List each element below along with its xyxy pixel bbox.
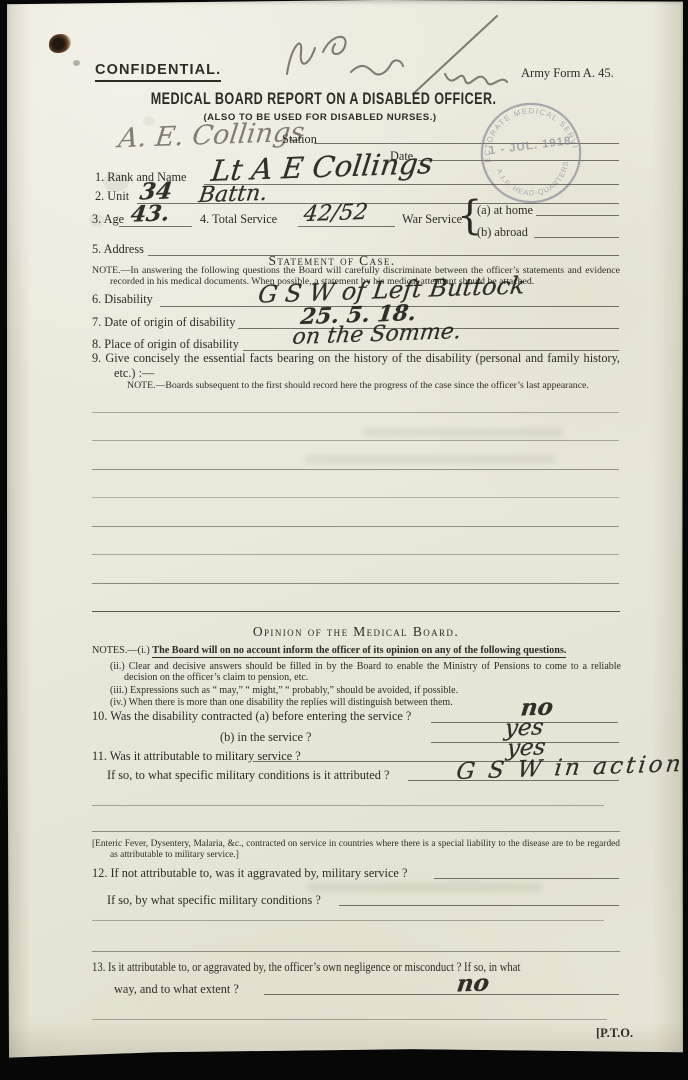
ruled-line [92,440,619,441]
place-of-origin-label: 8. Place of origin of disability [92,337,239,351]
ruled-line [92,497,619,498]
war-abroad-label: (b) abroad [477,225,528,239]
q12-sub-answer-line [339,905,619,906]
bleedthrough-smudge [305,455,555,464]
ruled-line [92,1019,607,1020]
opinion-note-iii: (iii.) Expressions such as “ may,” “ mig… [110,686,458,697]
form-title-text: MEDICAL BOARD REPORT ON A DISABLED OFFIC… [151,89,497,109]
unit-label: 2. Unit [95,189,129,203]
history-question: 9. Give concisely the essential facts be… [92,351,620,381]
total-service-label: 4. Total Service [200,212,277,226]
opinion-note-ii: (ii.) Clear and decisive answers should … [110,662,621,684]
ruled-line [92,469,619,470]
q13-label-line2: way, and to what extent ? [114,982,239,996]
date-stamp: DIRECTORATE MEDICAL SERVICES 1 - JUL. 19… [469,94,593,213]
age-value: 43. [129,200,171,227]
confidential-heading: CONFIDENTIAL. [95,62,221,82]
scanned-document: CONFIDENTIAL. Army Form A. 45. MEDICAL B… [0,0,688,1080]
q11-sub-answer: G S W in action [455,751,685,785]
age-label: 3. Age [92,212,124,226]
form-number: Army Form A. 45. [521,66,614,80]
q13-answer-line [264,994,619,995]
war-at-home-line [536,215,619,216]
q13-label-line1: 13. Is it attributable to, or aggravated… [92,960,521,974]
war-service-label: War Service [402,212,462,226]
q12-sub-label: If so, by what specific military conditi… [107,893,321,907]
ruled-line [92,611,620,612]
opinion-heading: Opinion of the Medical Board. [92,624,620,640]
ruled-line [92,554,619,555]
q10b-label: (b) in the service ? [220,730,312,744]
stamp-date: 1 - JUL. 1918 [488,135,572,157]
opinion-note-i-text: The Board will on no account inform the … [152,645,566,658]
ink-spot [73,60,80,66]
disability-label: 6. Disability [92,292,153,306]
ruled-line [92,951,620,952]
q12-answer-line [434,878,619,879]
q10-label: 10. Was the disability contracted (a) be… [92,709,411,723]
enteric-bracket-note: [Enteric Fever, Dysentery, Malaria, &c.,… [92,839,620,861]
bleedthrough-smudge [363,428,563,437]
ruled-line [92,805,604,806]
paper-sheet: CONFIDENTIAL. Army Form A. 45. MEDICAL B… [7,0,683,1064]
unit-word-value: Battn. [197,181,269,208]
bleedthrough-smudge [307,882,542,892]
handwritten-name-top: A. E. Collings [117,117,307,154]
burn-hole [49,34,71,53]
q13-answer: no [455,969,491,997]
place-of-origin-value: on the Somme. [291,319,462,350]
ruled-line [92,920,604,921]
opinion-note-i: NOTES.—(i.) The Board will on no account… [92,646,566,657]
station-label: Station [282,132,317,146]
war-at-home-label: (a) at home [477,203,533,217]
total-service-value: 42/52 [302,200,369,227]
q11-sub-label: If so, to what specific military conditi… [107,768,389,782]
ruled-line [92,583,619,584]
ruled-line [92,526,619,527]
war-abroad-line [534,237,619,238]
pto-label: [P.T.O. [596,1026,633,1040]
ruled-line [92,412,619,413]
history-note: NOTE.—Boards subsequent to the first sho… [127,381,589,392]
opinion-notes-prefix: NOTES.—(i.) [92,645,150,656]
ruled-line [92,831,620,832]
opinion-note-iv: (iv.) When there is more than one disabi… [110,698,453,709]
date-of-origin-label: 7. Date of origin of disability [92,315,235,329]
q12-label: 12. If not attributable to, was it aggra… [92,866,407,880]
